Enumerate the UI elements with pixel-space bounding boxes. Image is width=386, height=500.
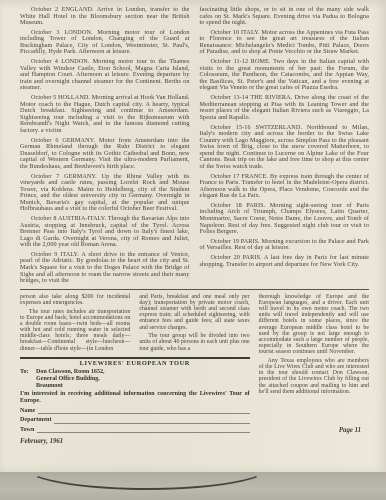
field-label-town: Town	[20, 427, 34, 433]
section-divider-rule	[20, 289, 369, 290]
tour-details-paragraph: The tour rates includes air transportati…	[20, 309, 130, 352]
page-number: Page 11	[339, 427, 361, 434]
footer-issue-date: February, 1961	[20, 438, 63, 445]
coupon-recipient-line: Don Clawson, Room 1652,	[36, 369, 105, 375]
coupon-recipient-block: To: Don Clawson, Room 1652, General Offi…	[20, 369, 250, 390]
field-blank-line	[37, 429, 249, 433]
field-label-department: Department	[20, 417, 51, 423]
itinerary-paragraph: October 18 PARIS. Morning sight-seeing t…	[200, 203, 370, 236]
coupon-field-department: Department	[20, 417, 250, 423]
tour-details-column-1: person also take along $200 for incident…	[20, 294, 130, 354]
itinerary-paragraph: October 3 LONDON. Morning motor tour of …	[20, 30, 190, 56]
coupon-field-name: Name	[20, 408, 250, 414]
coupon-intro-text: I'm interested in receiving additional i…	[20, 391, 250, 405]
magazine-page: October 2 ENGLAND. Arrive in London, tra…	[0, 0, 386, 472]
itinerary-right-column: fascinating little shops, or to sit in o…	[200, 7, 370, 288]
coupon-field-town: Town	[20, 427, 250, 433]
page-footer: February, 1961 Page 11	[20, 438, 369, 445]
itinerary-paragraph: October 2 ENGLAND. Arrive in London, tra…	[20, 7, 190, 27]
tour-details-column-3: thorough knowledge of Europe and the Eur…	[259, 294, 369, 433]
tour-details-column-2: and Paris, breakfast and one meal only p…	[139, 294, 249, 354]
coupon-recipient-line: General Office Building,	[36, 376, 100, 382]
page-curl-shadow	[24, 472, 270, 490]
field-blank-line	[38, 410, 249, 414]
itinerary-paragraph: October 13-14 THE RIVIERA. Drive along t…	[200, 95, 370, 121]
itinerary-paragraph: October 17 FRANCE. By express train thro…	[200, 174, 370, 200]
coupon-recipient-line: Beaumont	[36, 383, 63, 389]
itinerary-paragraph: October 6 GERMANY. Motor from Amsterdam …	[20, 138, 190, 171]
tour-details-section: person also take along $200 for incident…	[20, 294, 369, 433]
itinerary-paragraph: October 19 PARIS. Morning excursion to t…	[200, 239, 370, 252]
itinerary-section: October 2 ENGLAND. Arrive in London, tra…	[20, 7, 369, 288]
field-label-name: Name	[20, 408, 35, 414]
field-blank-line	[54, 420, 249, 424]
tour-details-paragraph-continuation: and Paris, breakfast and one meal only p…	[139, 294, 249, 331]
tour-details-paragraph-continuation: thorough knowledge of Europe and the Eur…	[259, 294, 369, 356]
tour-details-paragraph-continuation: person also take along $200 for incident…	[20, 294, 130, 306]
coupon-recipient-address: Don Clawson, Room 1652, General Office B…	[36, 369, 105, 390]
scanned-page: October 2 ENGLAND. Arrive in London, tra…	[0, 0, 386, 500]
itinerary-paragraph: October 8 AUSTRIA-ITALY. Through the Bav…	[20, 216, 190, 249]
mail-in-coupon: LIVEWIRES' EUROPEAN TOUR To: Don Clawson…	[20, 357, 250, 433]
itinerary-paragraph: October 9 ITALY. A short drive to the en…	[20, 252, 190, 285]
itinerary-paragraph-continuation: fascinating little shops, or to sit in o…	[200, 7, 370, 27]
itinerary-left-column: October 2 ENGLAND. Arrive in London, tra…	[20, 7, 190, 288]
itinerary-paragraph: October 15-16 SWITZERLAND. Northbound to…	[200, 125, 370, 171]
itinerary-paragraph: October 10 ITALY. Motor across the Appen…	[200, 30, 370, 56]
tour-details-paragraph: Any Texas employees who are members of t…	[259, 358, 369, 395]
coupon-title: LIVEWIRES' EUROPEAN TOUR	[20, 361, 250, 367]
itinerary-paragraph: October 11-12 ROME. Two days in the Ital…	[200, 59, 370, 92]
itinerary-paragraph: October 4 LONDON. Morning motor tour to …	[20, 59, 190, 92]
coupon-to-label: To:	[20, 369, 36, 390]
scanner-background	[0, 472, 386, 500]
tour-details-paragraph: The tour group will be divided into two …	[139, 333, 249, 351]
itinerary-paragraph: October 20 PARIS. A last free day in Par…	[200, 255, 370, 268]
itinerary-paragraph: October 5 HOLLAND. Morning arrival at Ho…	[20, 95, 190, 134]
itinerary-paragraph: October 7 GERMANY. Up the Rhine Valley w…	[20, 174, 190, 213]
